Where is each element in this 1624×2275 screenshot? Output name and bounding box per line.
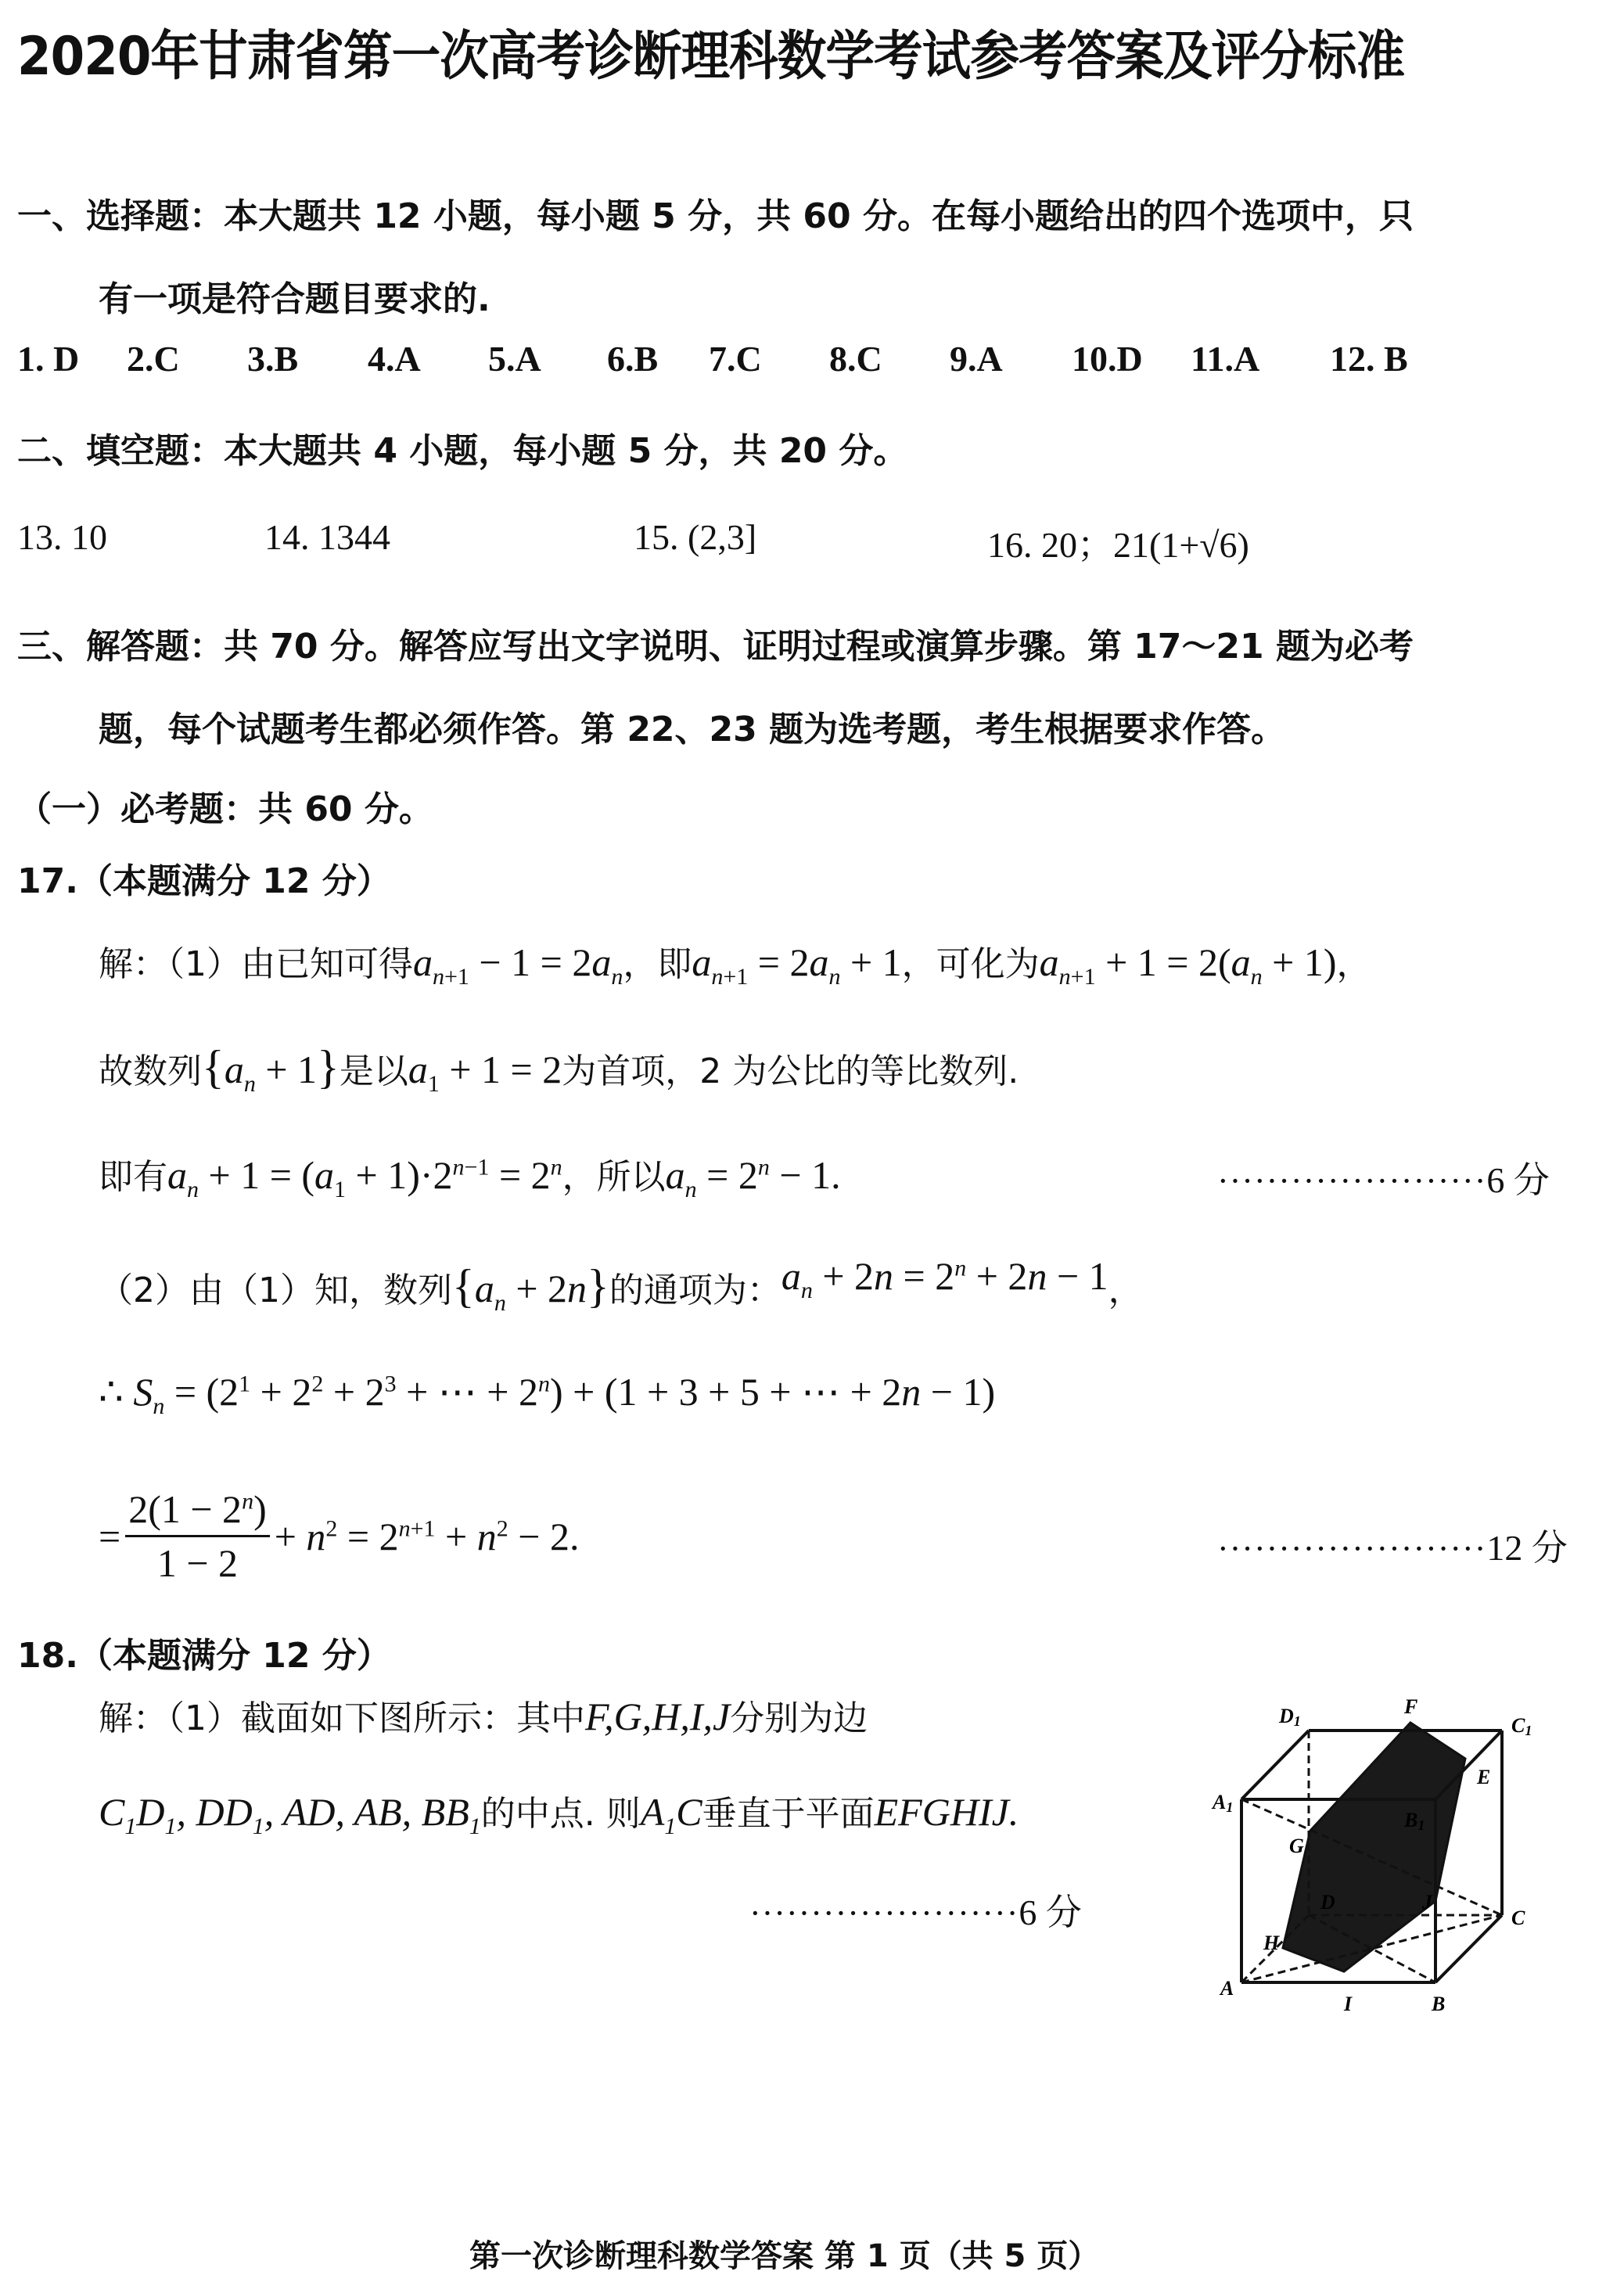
q17-line5-math: ∴ Sn = (21 + 22 + 23 + ⋯ + 2n) + (1 + 3 … — [99, 1369, 995, 1420]
math-expression: F,G,H,I,J — [585, 1695, 730, 1738]
math-expression: A1C — [641, 1790, 702, 1834]
section3-heading-line2: 题，每个试题考生都必须作答。第 22、23 题为选考题，考生根据要求作答。 — [99, 701, 1285, 751]
q17-text: 解：（1）由已知可得 — [99, 944, 413, 984]
q18-text: 解：（1）截面如下图所示：其中 — [99, 1698, 585, 1738]
mc-answer: 11.A — [1191, 338, 1259, 379]
math-expression: {an + 2n} — [452, 1267, 609, 1310]
math-expression: an+1 = 2an + 1 — [692, 940, 901, 984]
leader-dots: ······················ — [1217, 1162, 1486, 1200]
score-label: 6 分 — [1486, 1160, 1550, 1200]
page-footer: 第一次诊断理科数学答案 第 1 页（共 5 页） — [469, 2231, 1099, 2275]
q17-text: ，可化为 — [902, 944, 1040, 984]
q18-line2: C1D1, DD1, AD, AB, BB1的中点. 则A1C垂直于平面EFGH… — [99, 1785, 1019, 1840]
cube-cross-section-figure: D1 F C1 E A1 B1 G D J C H A I B — [1189, 1682, 1611, 2026]
q17-text: 即有 — [99, 1157, 167, 1197]
math-expression: an + 2n = 2n + 2n − 1 — [781, 1254, 1108, 1298]
q18-text: 分别为边 — [730, 1698, 868, 1738]
label-F: F — [1403, 1695, 1417, 1718]
q17-text: ， — [1336, 944, 1371, 984]
math-expression: an+1 − 1 = 2an — [413, 940, 623, 984]
mc-answer: 6.B — [607, 338, 658, 379]
q17-score-6: ······················6 分 — [1217, 1152, 1550, 1203]
q17-text: （2）由（1）知，数列 — [99, 1270, 452, 1310]
math-expression: EFGHIJ. — [875, 1790, 1019, 1834]
score-label: 6 分 — [1019, 1892, 1082, 1932]
q18-line1: 解：（1）截面如下图所示：其中F,G,H,I,J分别为边 — [99, 1690, 868, 1740]
section3-heading-line1: 三、解答题：共 70 分。解答应写出文字说明、证明过程或演算步骤。第 17～21… — [17, 618, 1414, 668]
mc-answer: 9.A — [950, 338, 1003, 379]
mc-answer: 10.D — [1072, 338, 1143, 379]
q17-text: 为首项，2 为公比的等比数列. — [562, 1051, 1019, 1091]
section3-subheading: （一）必考题：共 60 分。 — [17, 781, 433, 831]
label-D: D — [1320, 1891, 1335, 1914]
label-A1: A1 — [1211, 1791, 1233, 1815]
page-title: 2020年甘肃省第一次高考诊断理科数学考试参考答案及评分标准 — [17, 14, 1404, 90]
q17-line2: 故数列{an + 1}是以a1 + 1 = 2为首项，2 为公比的等比数列. — [99, 1040, 1019, 1098]
label-H: H — [1263, 1932, 1280, 1954]
q17-score-12: ······················12 分 — [1217, 1519, 1568, 1571]
q18-text: 的中点. 则 — [481, 1794, 641, 1834]
fill-answer: 13. 10 — [17, 516, 107, 558]
label-I: I — [1343, 1993, 1353, 2015]
score-label: 12 分 — [1486, 1528, 1568, 1568]
mc-answer: 2.C — [127, 338, 180, 379]
q17-text: 的通项为： — [609, 1270, 781, 1310]
label-B: B — [1431, 1993, 1445, 2015]
math-expression: an + 1 = (a1 + 1)·2n−1 = 2n — [167, 1153, 562, 1197]
q17-line3: 即有an + 1 = (a1 + 1)·2n−1 = 2n，所以an = 2n … — [99, 1148, 841, 1203]
q17-text: 是以 — [340, 1051, 408, 1091]
math-expression: a1 + 1 = 2 — [408, 1048, 562, 1091]
mc-answer: 4.A — [368, 338, 421, 379]
leader-dots: ······················ — [1217, 1529, 1486, 1568]
math-expression: {an + 1} — [202, 1048, 340, 1091]
fill-answer: 14. 1344 — [264, 516, 390, 558]
math-expression: an+1 + 1 = 2(an + 1) — [1040, 940, 1337, 984]
fill-answer: 16. 20；21(1+√6) — [987, 516, 1249, 568]
q17-line6-math: = 2(1 − 2n)1 − 2 + n2 = 2n+1 + n2 − 2. — [99, 1486, 579, 1586]
q17-text: ，所以 — [562, 1157, 666, 1197]
q17-title: 17.（本题满分 12 分） — [17, 853, 391, 903]
q17-text: ，即 — [623, 944, 692, 984]
label-E: E — [1476, 1766, 1490, 1788]
label-G: G — [1289, 1835, 1304, 1857]
mc-answer: 7.C — [709, 338, 762, 379]
q18-score-6: ······················6 分 — [749, 1884, 1082, 1935]
label-C: C — [1511, 1907, 1525, 1929]
leader-dots: ······················ — [749, 1894, 1019, 1932]
mc-answer: 5.A — [488, 338, 541, 379]
q17-line4: （2）由（1）知，数列{an + 2n}的通项为：an + 2n = 2n + … — [99, 1260, 1143, 1317]
mc-answer: 12. B — [1330, 338, 1408, 379]
fill-answer: 15. (2,3] — [634, 516, 756, 558]
section1-heading-line1: 一、选择题：本大题共 12 小题，每小题 5 分，共 60 分。在每小题给出的四… — [17, 188, 1414, 238]
section1-heading-line2: 有一项是符合题目要求的. — [99, 271, 490, 321]
math-expression: C1D1, DD1, AD, AB, BB1 — [99, 1790, 481, 1834]
mc-answer: 1. D — [17, 338, 79, 379]
q18-text: 垂直于平面 — [702, 1794, 875, 1834]
label-A: A — [1219, 1977, 1234, 2000]
q17-line1: 解：（1）由已知可得an+1 − 1 = 2an，即an+1 = 2an + 1… — [99, 936, 1371, 990]
q17-text: 故数列 — [99, 1051, 202, 1091]
math-expression: an = 2n − 1. — [666, 1153, 841, 1197]
label-D1: D1 — [1278, 1705, 1301, 1729]
mc-answer: 8.C — [829, 338, 882, 379]
label-J: J — [1421, 1891, 1433, 1914]
label-C1: C1 — [1511, 1714, 1532, 1738]
mc-answer: 3.B — [247, 338, 298, 379]
section2-heading: 二、填空题：本大题共 4 小题，每小题 5 分，共 20 分。 — [17, 422, 907, 473]
q18-title: 18.（本题满分 12 分） — [17, 1627, 391, 1677]
